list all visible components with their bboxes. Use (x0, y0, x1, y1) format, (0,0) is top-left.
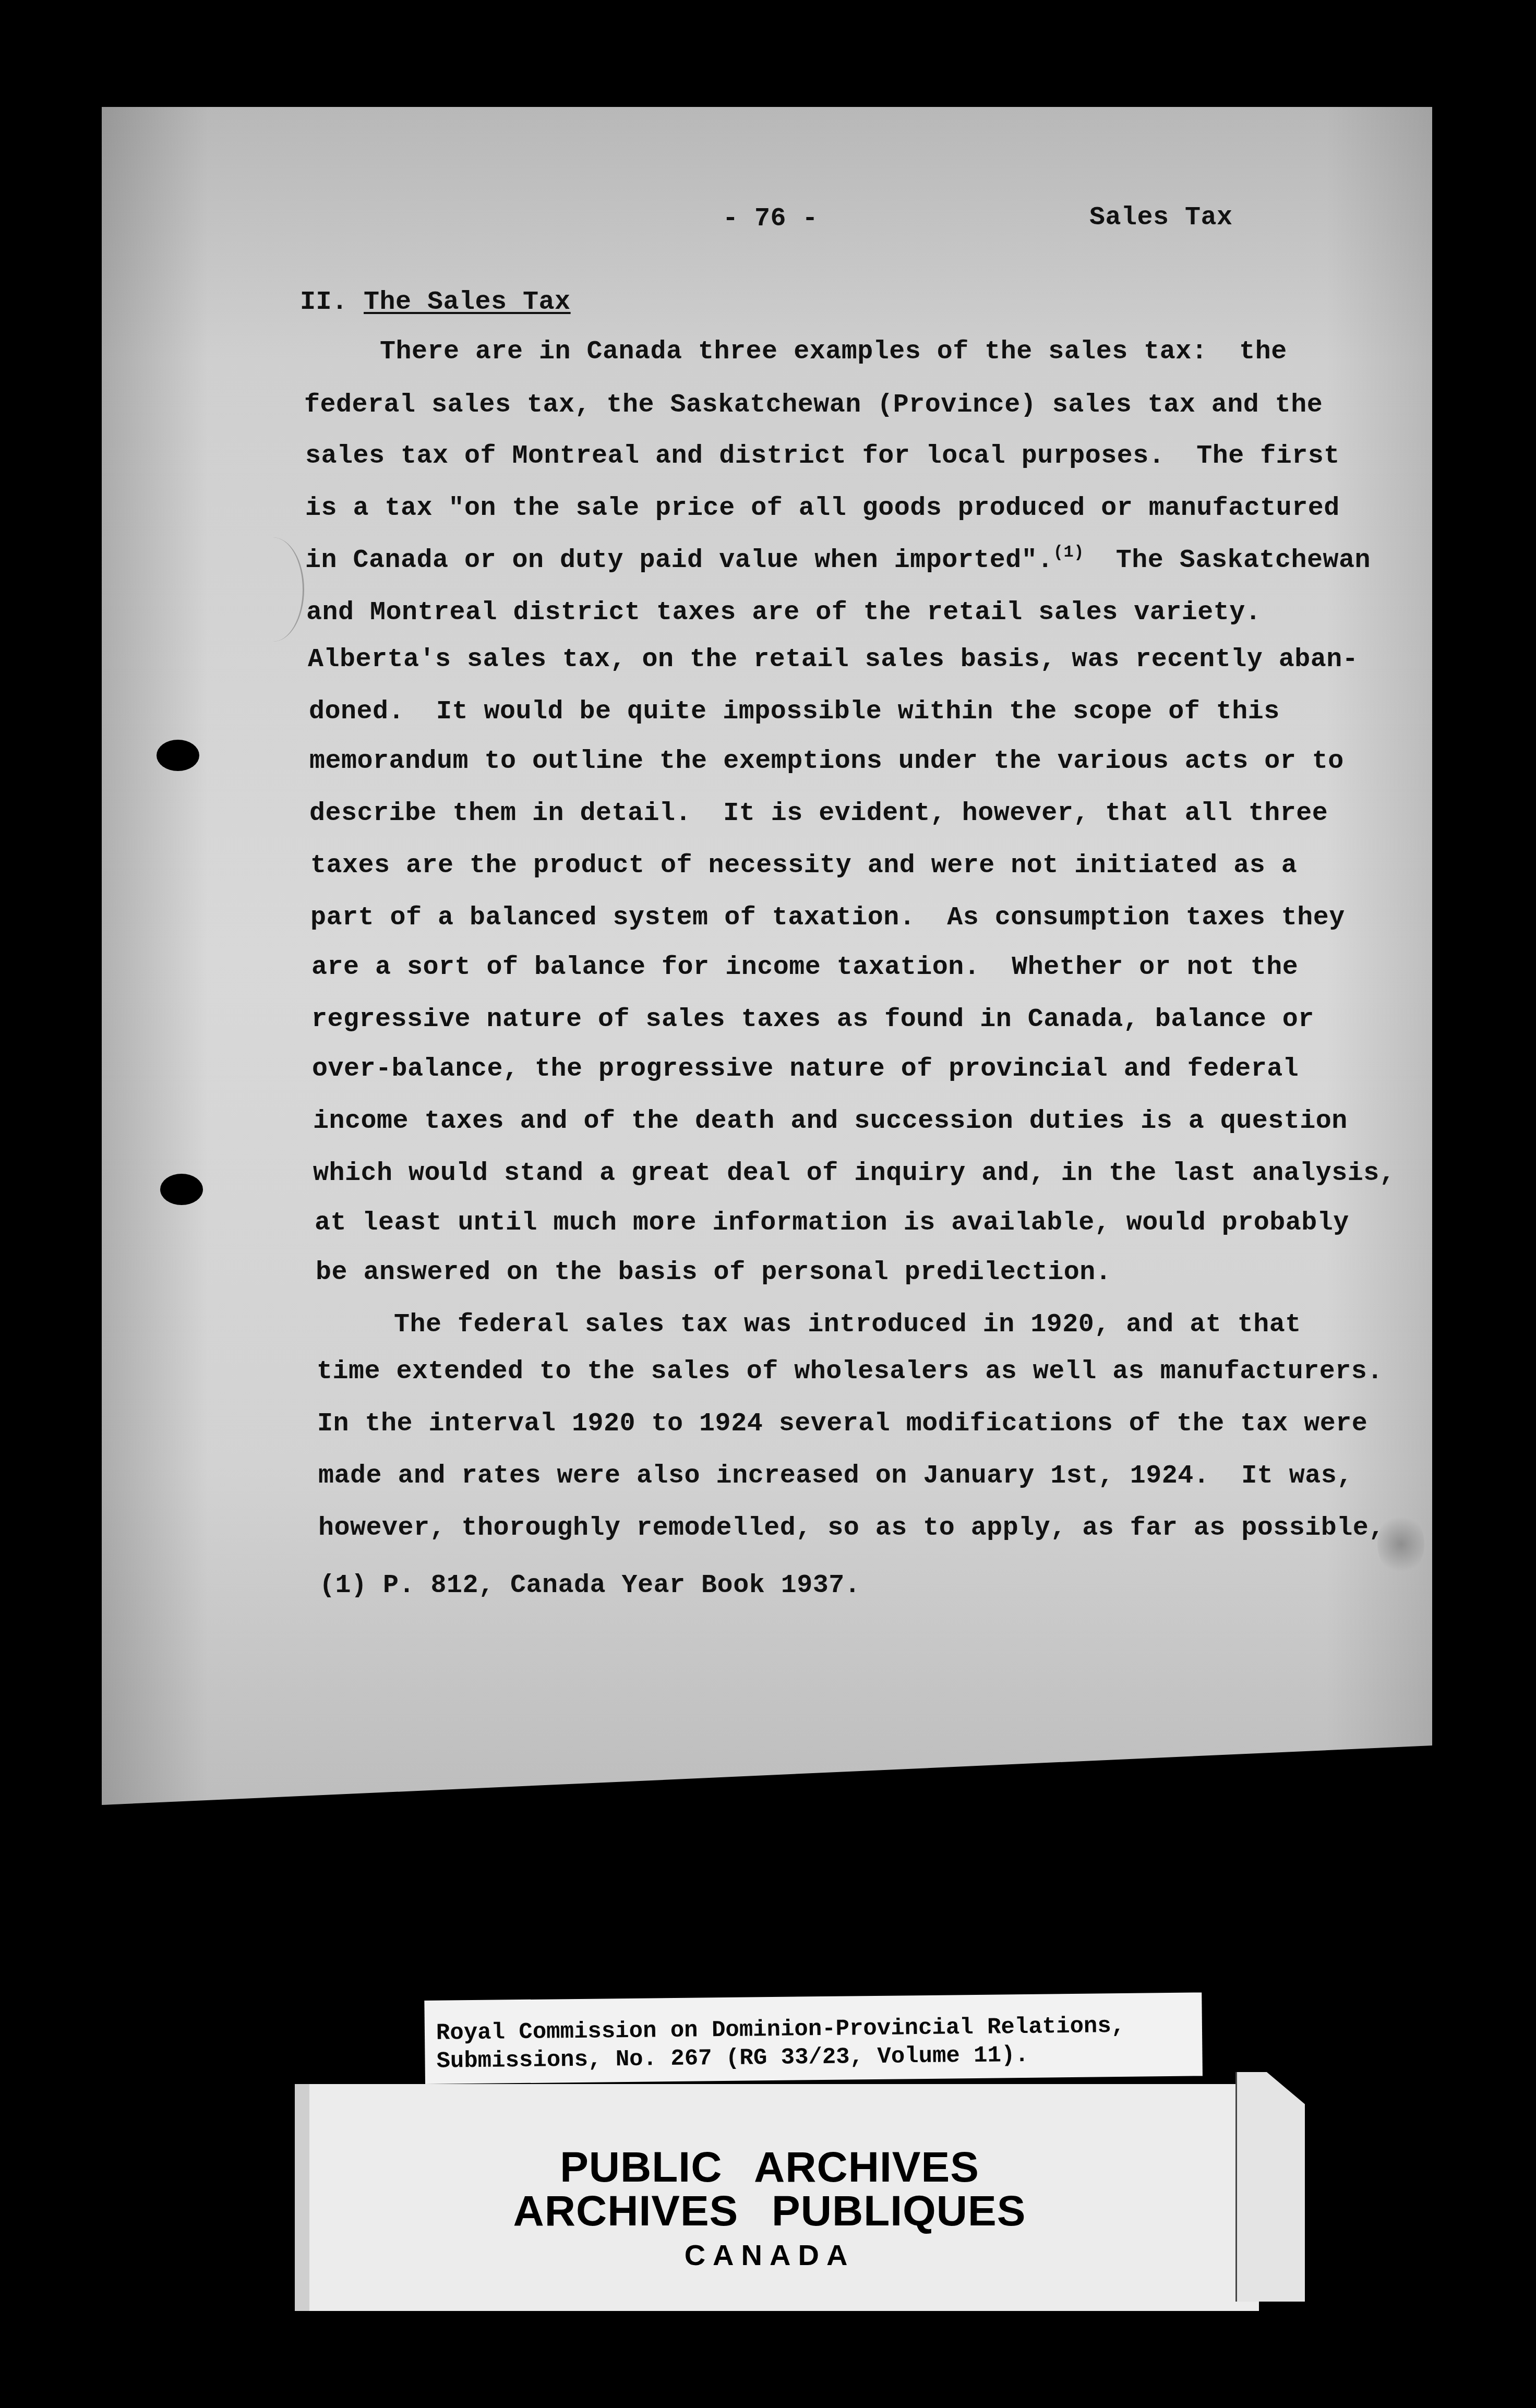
archive-card-line-english: PUBLIC ARCHIVES (295, 2143, 1244, 2192)
punch-hole-bottom (160, 1174, 203, 1205)
punch-hole-top (157, 740, 199, 771)
running-header-title: Sales Tax (1089, 205, 1233, 231)
section-title: The Sales Tax (364, 287, 571, 317)
archive-reference-label: Royal Commission on Dominion-Provincial … (424, 1992, 1203, 2084)
text-line-with-footnote: in Canada or on duty paid value when imp… (305, 548, 1371, 574)
page-number: - 76 - (723, 206, 818, 232)
text-line: sales tax of Montreal and district for l… (305, 443, 1340, 469)
text-line: are a sort of balance for income taxatio… (311, 955, 1298, 981)
text-line: over-balance, the progressive nature of … (312, 1056, 1299, 1082)
archive-card-country: CANADA (295, 2238, 1244, 2272)
text-segment: in Canada or on duty paid value when imp… (305, 546, 1053, 575)
text-line: time extended to the sales of wholesaler… (317, 1359, 1383, 1385)
text-line: part of a balanced system of taxation. A… (310, 905, 1345, 931)
text-line: doned. It would be quite impossible with… (309, 699, 1280, 725)
text-line: made and rates were also increased on Ja… (318, 1463, 1353, 1489)
section-number: II. (300, 287, 348, 317)
text-line: memorandum to outline the exemptions und… (309, 749, 1344, 775)
section-heading: II. The Sales Tax (300, 290, 571, 316)
card-folded-flap (1235, 2072, 1305, 2302)
text-line: and Montreal district taxes are of the r… (306, 600, 1261, 626)
text-line: be answered on the basis of personal pre… (316, 1260, 1111, 1286)
text-line: regressive nature of sales taxes as foun… (311, 1007, 1314, 1033)
footnote-reference: (1) (1053, 543, 1084, 562)
archive-reference-line-1: Royal Commission on Dominion-Provincial … (436, 2013, 1125, 2046)
text-line: Alberta's sales tax, on the retail sales… (308, 647, 1358, 673)
footnote-text: (1) P. 812, Canada Year Book 1937. (319, 1573, 860, 1599)
text-segment: The Saskatchewan (1084, 546, 1371, 575)
text-line: In the interval 1920 to 1924 several mod… (317, 1411, 1367, 1437)
text-line: taxes are the product of necessity and w… (310, 853, 1297, 879)
archive-card-line-french: ARCHIVES PUBLIQUES (295, 2187, 1244, 2236)
text-line: however, thoroughly remodelled, so as to… (318, 1515, 1385, 1542)
text-line: income taxes and of the death and succes… (313, 1109, 1348, 1135)
text-line: which would stand a great deal of inquir… (313, 1161, 1395, 1187)
text-line: There are in Canada three examples of th… (380, 339, 1287, 365)
text-line: describe them in detail. It is evident, … (309, 801, 1328, 827)
text-line: at least until much more information is … (315, 1210, 1349, 1236)
text-line: is a tax "on the sale price of all goods… (305, 496, 1340, 522)
text-line: The federal sales tax was introduced in … (394, 1312, 1301, 1338)
text-line: federal sales tax, the Saskatchewan (Pro… (304, 392, 1323, 418)
archive-reference-line-2: Submissions, No. 267 (RG 33/23, Volume 1… (436, 2042, 1029, 2075)
